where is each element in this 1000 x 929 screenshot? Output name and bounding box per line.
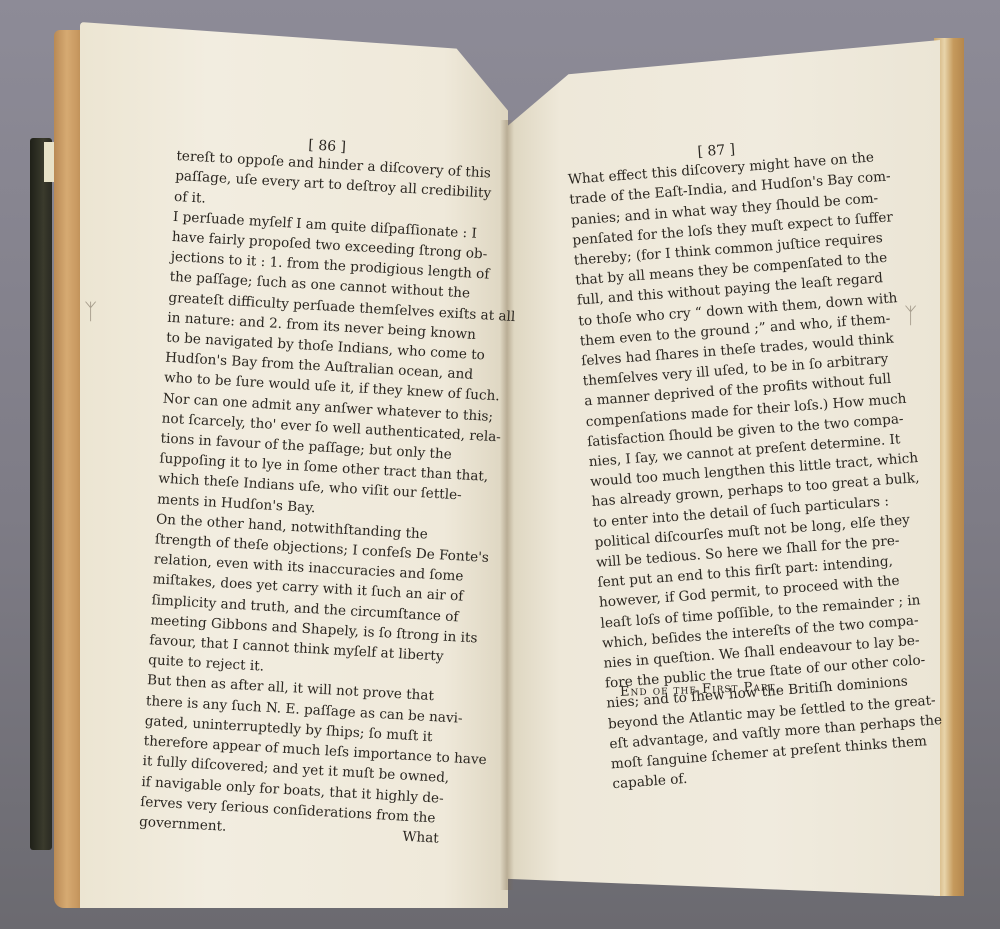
book-photo: ᛉ ᛉ [ 86 ] tereſt to oppoſe and hinder a… xyxy=(0,0,1000,929)
book-gutter xyxy=(500,120,514,890)
book-cover-spine xyxy=(30,138,52,850)
left-page-text: [ 86 ] tereſt to oppoſe and hinder a diſ… xyxy=(139,128,478,849)
ink-mark-left: ᛉ xyxy=(84,300,97,325)
ink-mark-right: ᛉ xyxy=(904,304,917,329)
